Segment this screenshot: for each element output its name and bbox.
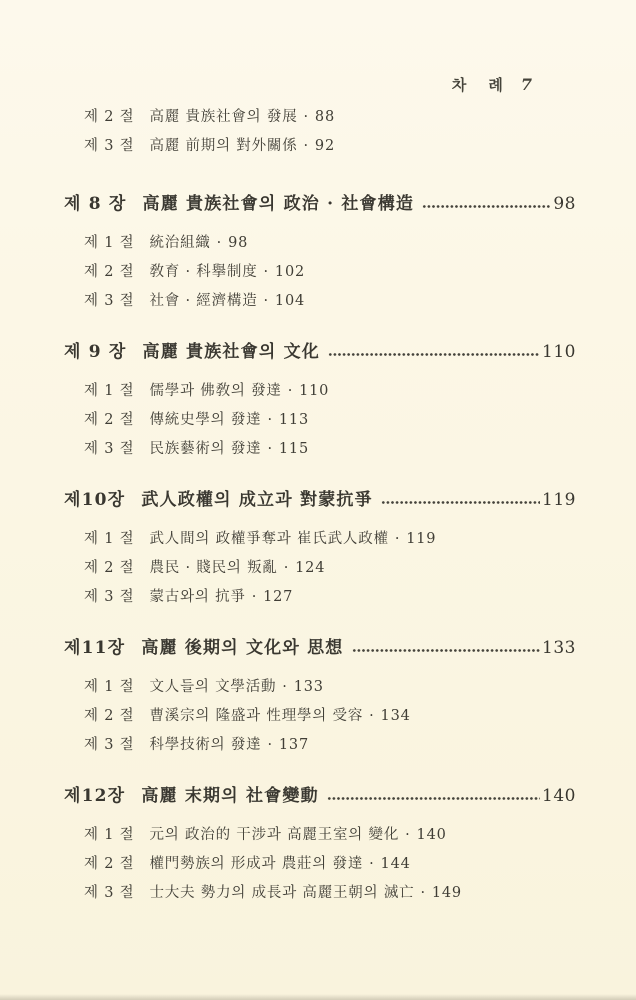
section-title: 元의 政治的 干涉과 高麗王室의 變化 <box>149 826 399 845</box>
toc-section-row: 제 3 절 蒙古와의 抗爭 · 127 <box>84 588 576 607</box>
chapter-label: 제 8 장 <box>64 193 127 215</box>
chapter-page-number: 110 <box>542 341 576 363</box>
chapter-title: 高麗 後期의 文化와 思想 <box>141 637 343 659</box>
toc-chapter-row: 제 9 장 高麗 貴族社會의 文化 110 <box>64 341 576 363</box>
section-page-number: 137 <box>279 736 309 755</box>
section-title: 權門勢族의 形成과 農莊의 發達 <box>149 855 363 874</box>
toc-chapter-row: 제12장 高麗 末期의 社會變動 140 <box>64 785 576 807</box>
section-label: 제 1 절 <box>84 234 134 253</box>
dot-leader <box>422 204 551 209</box>
chapter-title: 高麗 貴族社會의 政治 · 社會構造 <box>143 193 415 215</box>
toc-chapter-row: 제11장 高麗 後期의 文化와 思想 133 <box>64 637 576 659</box>
dot-separator: · <box>252 588 257 607</box>
dot-separator: · <box>304 137 309 156</box>
chapter-label: 제 9 장 <box>64 341 127 363</box>
dot-separator: · <box>284 559 289 578</box>
section-label: 제 3 절 <box>84 137 134 156</box>
section-page-number: 127 <box>263 588 293 607</box>
toc-section-row: 제 2 절 高麗 貴族社會의 發展 · 88 <box>84 108 576 127</box>
section-title: 統治組織 <box>149 234 210 253</box>
section-page-number: 133 <box>294 678 324 697</box>
section-title: 民族藝術의 發達 <box>149 440 261 459</box>
section-title: 社會 · 經濟構造 <box>149 292 257 311</box>
section-label: 제 3 절 <box>84 292 134 311</box>
section-title: 科學技術의 發達 <box>149 736 261 755</box>
chapter-page-number: 119 <box>542 489 576 511</box>
toc-section-row: 제 1 절 文人들의 文學活動 · 133 <box>84 678 576 697</box>
section-page-number: 119 <box>406 530 436 549</box>
section-page-number: 110 <box>299 382 329 401</box>
toc-section-row: 제 1 절 統治組織 · 98 <box>84 234 576 253</box>
section-label: 제 2 절 <box>84 707 134 726</box>
section-label: 제 1 절 <box>84 530 134 549</box>
dot-separator: · <box>267 411 272 430</box>
toc-section-row: 제 3 절 民族藝術의 發達 · 115 <box>84 440 576 459</box>
section-title: 高麗 貴族社會의 發展 <box>149 108 297 127</box>
section-title: 曹溪宗의 隆盛과 性理學의 受容 <box>149 707 363 726</box>
section-title: 蒙古와의 抗爭 <box>149 588 245 607</box>
toc-section-row: 제 1 절 武人間의 政權爭奪과 崔氏武人政權 · 119 <box>84 530 576 549</box>
section-page-number: 124 <box>295 559 325 578</box>
section-title: 武人間의 政權爭奪과 崔氏武人政權 <box>149 530 388 549</box>
section-title: 士大夫 勢力의 成長과 高麗王朝의 滅亡 <box>149 884 414 903</box>
dot-separator: · <box>369 855 374 874</box>
toc-section-row: 제 2 절 曹溪宗의 隆盛과 性理學의 受容 · 134 <box>84 707 576 726</box>
section-label: 제 2 절 <box>84 411 134 430</box>
section-title: 文人들의 文學活動 <box>149 678 276 697</box>
section-label: 제 3 절 <box>84 736 134 755</box>
toc-chapter-row: 제10장 武人政權의 成立과 對蒙抗爭 119 <box>64 489 576 511</box>
dot-separator: · <box>304 108 309 127</box>
chapter-title: 武人政權의 成立과 對蒙抗爭 <box>141 489 372 511</box>
section-page-number: 115 <box>279 440 309 459</box>
dot-separator: · <box>420 884 425 903</box>
book-page: 차례 7 제 2 절 高麗 貴族社會의 發展 · 88 제 3 절 高麗 前期의… <box>0 0 636 1000</box>
section-title: 傳統史學의 發達 <box>149 411 261 430</box>
section-title: 高麗 前期의 對外關係 <box>149 137 297 156</box>
toc-content: 제 2 절 高麗 貴族社會의 發展 · 88 제 3 절 高麗 前期의 對外關係… <box>0 0 636 903</box>
section-page-number: 104 <box>275 292 305 311</box>
dot-separator: · <box>369 707 374 726</box>
section-label: 제 2 절 <box>84 263 134 282</box>
section-label: 제 2 절 <box>84 108 134 127</box>
chapter-page-number: 98 <box>553 193 576 215</box>
section-page-number: 140 <box>417 826 447 845</box>
dot-separator: · <box>217 234 222 253</box>
dot-separator: · <box>395 530 400 549</box>
toc-section-row: 제 3 절 社會 · 經濟構造 · 104 <box>84 292 576 311</box>
toc-section-row: 제 3 절 科學技術의 發達 · 137 <box>84 736 576 755</box>
toc-section-row: 제 2 절 敎育 · 科擧制度 · 102 <box>84 263 576 282</box>
toc-section-row: 제 3 절 士大夫 勢力의 成長과 高麗王朝의 滅亡 · 149 <box>84 884 576 903</box>
toc-section-row: 제 2 절 權門勢族의 形成과 農莊의 發達 · 144 <box>84 855 576 874</box>
dot-separator: · <box>405 826 410 845</box>
dot-separator: · <box>267 440 272 459</box>
section-label: 제 3 절 <box>84 440 134 459</box>
dot-separator: · <box>267 736 272 755</box>
section-page-number: 98 <box>228 234 248 253</box>
section-page-number: 92 <box>315 137 335 156</box>
chapter-label: 제12장 <box>64 785 125 807</box>
dot-leader <box>328 352 540 357</box>
section-page-number: 113 <box>279 411 309 430</box>
section-label: 제 1 절 <box>84 382 134 401</box>
section-page-number: 144 <box>381 855 411 874</box>
section-page-number: 102 <box>275 263 305 282</box>
section-label: 제 3 절 <box>84 588 134 607</box>
section-label: 제 1 절 <box>84 826 134 845</box>
chapter-label: 제10장 <box>64 489 125 511</box>
toc-section-row: 제 2 절 傳統史學의 發達 · 113 <box>84 411 576 430</box>
chapter-page-number: 140 <box>542 785 576 807</box>
toc-section-row: 제 2 절 農民 · 賤民의 叛亂 · 124 <box>84 559 576 578</box>
section-label: 제 2 절 <box>84 855 134 874</box>
toc-chapter-row: 제 8 장 高麗 貴族社會의 政治 · 社會構造 98 <box>64 193 576 215</box>
dot-separator: · <box>264 292 269 311</box>
dot-leader <box>327 796 540 801</box>
dot-leader <box>352 648 541 653</box>
chapter-title: 高麗 末期의 社會變動 <box>141 785 318 807</box>
section-page-number: 134 <box>381 707 411 726</box>
dot-leader <box>381 500 540 505</box>
toc-section-row: 제 1 절 儒學과 佛敎의 發達 · 110 <box>84 382 576 401</box>
dot-separator: · <box>288 382 293 401</box>
chapter-page-number: 133 <box>542 637 576 659</box>
dot-separator: · <box>282 678 287 697</box>
chapter-label: 제11장 <box>64 637 125 659</box>
toc-section-row: 제 3 절 高麗 前期의 對外關係 · 92 <box>84 137 576 156</box>
section-title: 敎育 · 科擧制度 <box>149 263 257 282</box>
section-page-number: 149 <box>432 884 462 903</box>
section-title: 儒學과 佛敎의 發達 <box>149 382 281 401</box>
section-page-number: 88 <box>315 108 335 127</box>
section-label: 제 3 절 <box>84 884 134 903</box>
chapter-title: 高麗 貴族社會의 文化 <box>143 341 320 363</box>
section-label: 제 1 절 <box>84 678 134 697</box>
dot-separator: · <box>264 263 269 282</box>
section-label: 제 2 절 <box>84 559 134 578</box>
toc-section-row: 제 1 절 元의 政治的 干涉과 高麗王室의 變化 · 140 <box>84 826 576 845</box>
section-title: 農民 · 賤民의 叛亂 <box>149 559 277 578</box>
